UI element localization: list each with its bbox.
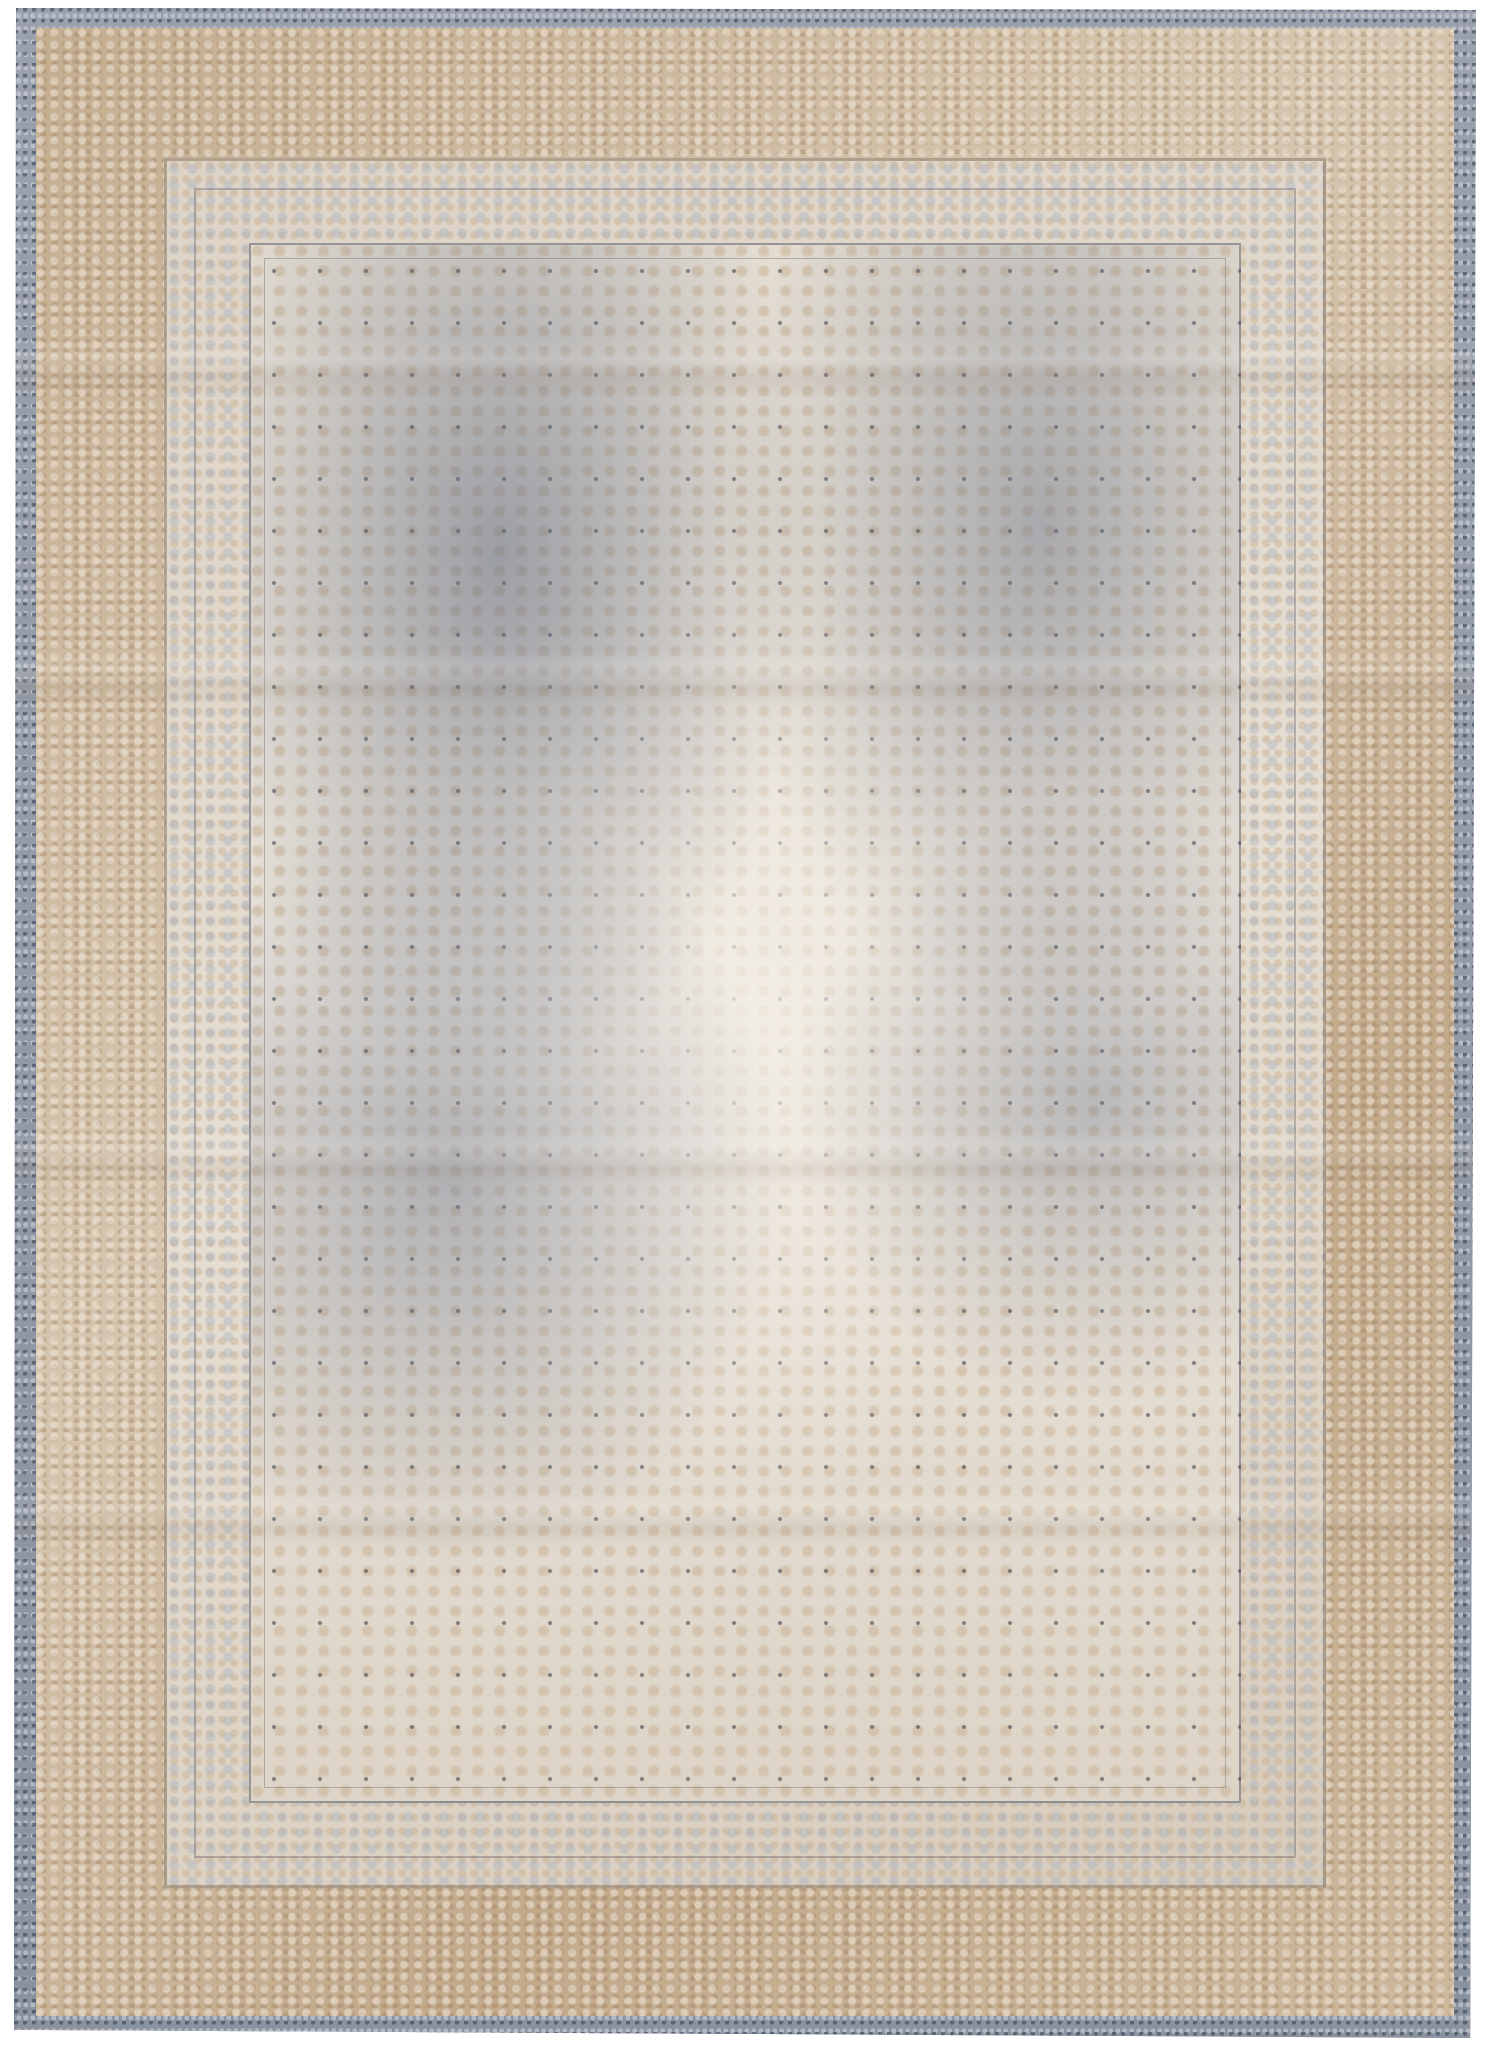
rug-photo [14,8,1476,2038]
rug-fold-shadow [14,648,1476,708]
rug-field-inner-line [264,258,1226,1788]
rug-fold-shadow [14,338,1476,398]
image-alt-text: Beige and grey distressed oriental rug w… [0,0,1,1]
rug-fold-shadow [14,1488,1476,1548]
rug-fold-shadow [14,1128,1476,1188]
